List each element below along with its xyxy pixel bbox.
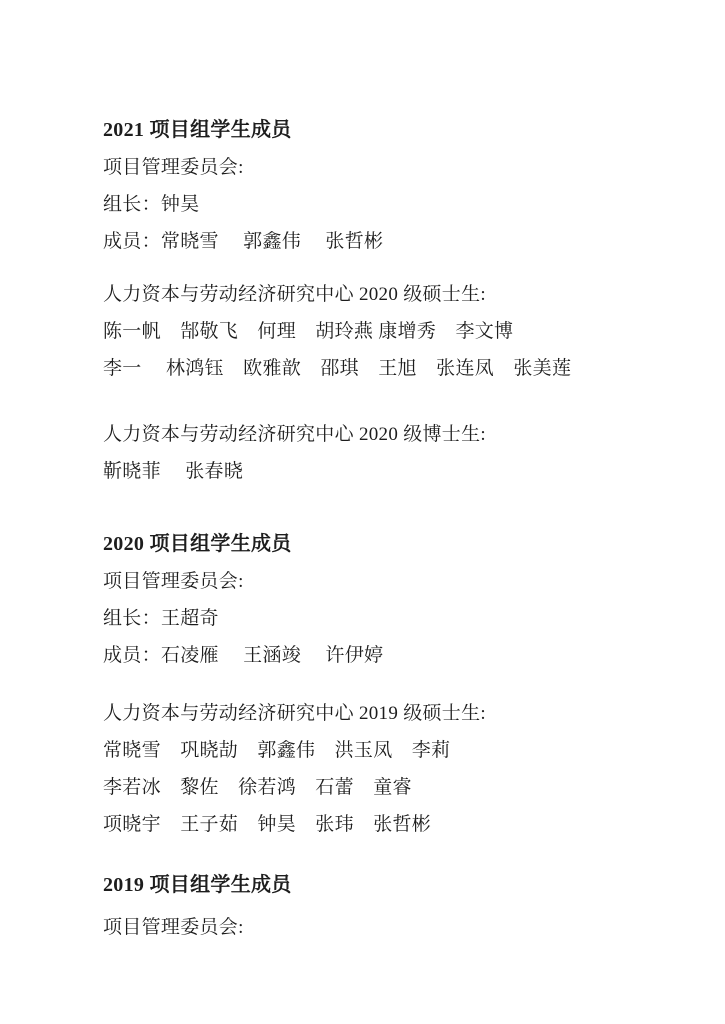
doc-paragraph: 人力资本与劳动经济研究中心 2019 级硕士生: xyxy=(103,695,685,732)
doc-paragraph: 项目管理委员会: xyxy=(103,563,685,600)
doc-paragraph: 靳晓菲 张春晓 xyxy=(103,453,685,490)
doc-paragraph: 李若冰 黎佐 徐若鸿 石蕾 童睿 xyxy=(103,769,685,806)
section-heading: 2021 项目组学生成员 xyxy=(103,112,685,149)
document-page: 2021 项目组学生成员项目管理委员会:组长：钟昊成员：常晓雪 郭鑫伟 张哲彬人… xyxy=(0,0,725,1024)
doc-paragraph: 陈一帆 郜敬飞 何理 胡玲燕 康增秀 李文博 xyxy=(103,313,685,350)
section-heading: 2019 项目组学生成员 xyxy=(103,867,685,904)
section-heading: 2020 项目组学生成员 xyxy=(103,526,685,563)
doc-paragraph: 李一 林鸿钰 欧雅歆 邵琪 王旭 张连凤 张美莲 xyxy=(103,350,685,387)
doc-paragraph: 人力资本与劳动经济研究中心 2020 级硕士生: xyxy=(103,276,685,313)
doc-paragraph: 项目管理委员会: xyxy=(103,909,685,946)
doc-paragraph: 组长：王超奇 xyxy=(103,600,685,637)
doc-paragraph: 项晓宇 王子茹 钟昊 张玮 张哲彬 xyxy=(103,806,685,843)
doc-paragraph: 常晓雪 巩晓劼 郭鑫伟 洪玉凤 李莉 xyxy=(103,732,685,769)
doc-paragraph: 组长：钟昊 xyxy=(103,186,685,223)
doc-paragraph: 成员：常晓雪 郭鑫伟 张哲彬 xyxy=(103,223,685,260)
document-body: 2021 项目组学生成员项目管理委员会:组长：钟昊成员：常晓雪 郭鑫伟 张哲彬人… xyxy=(103,112,685,946)
doc-paragraph: 项目管理委员会: xyxy=(103,149,685,186)
doc-paragraph: 人力资本与劳动经济研究中心 2020 级博士生: xyxy=(103,416,685,453)
doc-paragraph: 成员：石凌雁 王涵竣 许伊婷 xyxy=(103,637,685,674)
